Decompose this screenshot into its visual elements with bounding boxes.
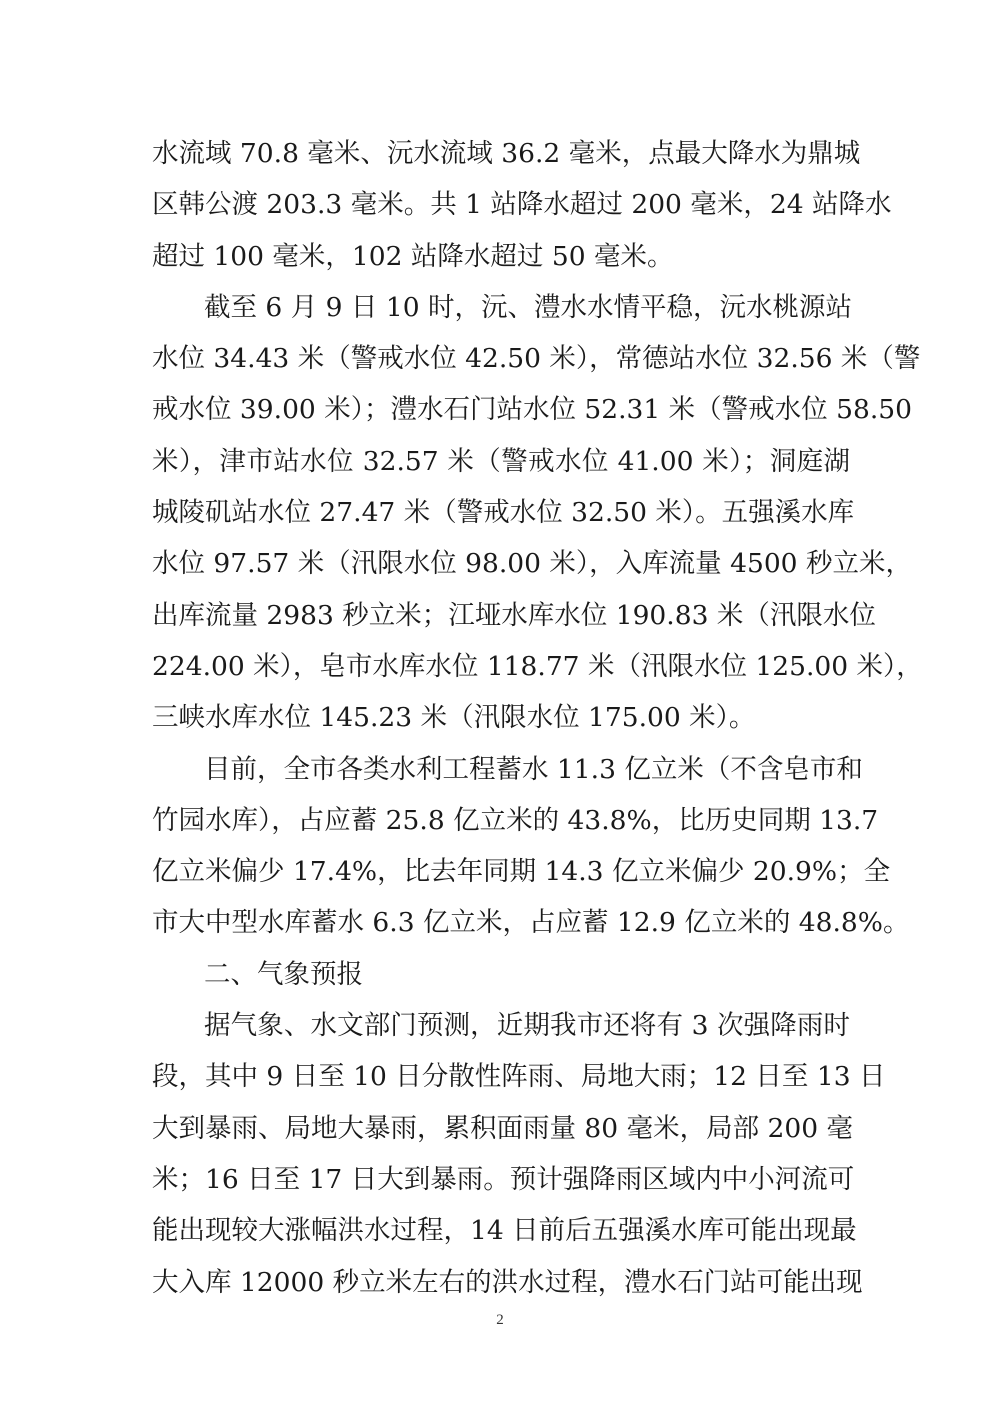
text-line: 出库流量 2983 秒立米；江垭水库水位 190.83 米（汛限水位 bbox=[152, 590, 850, 641]
paragraph-water-storage: 目前，全市各类水利工程蓄水 11.3 亿立米（不含皂市和 竹园水库），占应蓄 2… bbox=[152, 744, 850, 949]
text-line: 超过 100 毫米，102 站降水超过 50 毫米。 bbox=[152, 231, 850, 282]
text-line: 水位 97.57 米（汛限水位 98.00 米），入库流量 4500 秒立米， bbox=[152, 538, 850, 589]
text-line: 区韩公渡 203.3 毫米。共 1 站降水超过 200 毫米，24 站降水 bbox=[152, 179, 850, 230]
text-line: 水位 34.43 米（警戒水位 42.50 米），常德站水位 32.56 米（警 bbox=[152, 333, 850, 384]
text-line: 大入库 12000 秒立米左右的洪水过程，澧水石门站可能出现 bbox=[152, 1257, 850, 1308]
page-number: 2 bbox=[0, 1312, 1000, 1329]
text-line: 截至 6 月 9 日 10 时，沅、澧水水情平稳，沅水桃源站 bbox=[152, 282, 850, 333]
text-line: 水流域 70.8 毫米、沅水流域 36.2 毫米，点最大降水为鼎城 bbox=[152, 128, 850, 179]
text-line: 城陵矶站水位 27.47 米（警戒水位 32.50 米）。五强溪水库 bbox=[152, 487, 850, 538]
text-line: 市大中型水库蓄水 6.3 亿立米，占应蓄 12.9 亿立米的 48.8%。 bbox=[152, 897, 850, 948]
text-line: 224.00 米），皂市水库水位 118.77 米（汛限水位 125.00 米）… bbox=[152, 641, 850, 692]
text-line: 竹园水库），占应蓄 25.8 亿立米的 43.8%，比历史同期 13.7 bbox=[152, 795, 850, 846]
text-line: 目前，全市各类水利工程蓄水 11.3 亿立米（不含皂市和 bbox=[152, 744, 850, 795]
text-line: 米；16 日至 17 日大到暴雨。预计强降雨区域内中小河流可 bbox=[152, 1154, 850, 1205]
section-heading: 二、气象预报 bbox=[152, 949, 850, 1000]
text-line: 大到暴雨、局地大暴雨，累积面雨量 80 毫米，局部 200 毫 bbox=[152, 1103, 850, 1154]
paragraph-water-levels: 截至 6 月 9 日 10 时，沅、澧水水情平稳，沅水桃源站 水位 34.43 … bbox=[152, 282, 850, 744]
text-line: 亿立米偏少 17.4%，比去年同期 14.3 亿立米偏少 20.9%；全 bbox=[152, 846, 850, 897]
text-line: 三峡水库水位 145.23 米（汛限水位 175.00 米）。 bbox=[152, 692, 850, 743]
text-line: 戒水位 39.00 米）；澧水石门站水位 52.31 米（警戒水位 58.50 bbox=[152, 384, 850, 435]
paragraph-weather-forecast: 据气象、水文部门预测，近期我市还将有 3 次强降雨时 段，其中 9 日至 10 … bbox=[152, 1000, 850, 1308]
text-line: 米），津市站水位 32.57 米（警戒水位 41.00 米）；洞庭湖 bbox=[152, 436, 850, 487]
text-line: 能出现较大涨幅洪水过程，14 日前后五强溪水库可能出现最 bbox=[152, 1205, 850, 1256]
text-line: 段，其中 9 日至 10 日分散性阵雨、局地大雨；12 日至 13 日 bbox=[152, 1051, 850, 1102]
document-page: 水流域 70.8 毫米、沅水流域 36.2 毫米，点最大降水为鼎城 区韩公渡 2… bbox=[152, 128, 850, 1308]
text-line: 据气象、水文部门预测，近期我市还将有 3 次强降雨时 bbox=[152, 1000, 850, 1051]
paragraph-rainfall: 水流域 70.8 毫米、沅水流域 36.2 毫米，点最大降水为鼎城 区韩公渡 2… bbox=[152, 128, 850, 282]
